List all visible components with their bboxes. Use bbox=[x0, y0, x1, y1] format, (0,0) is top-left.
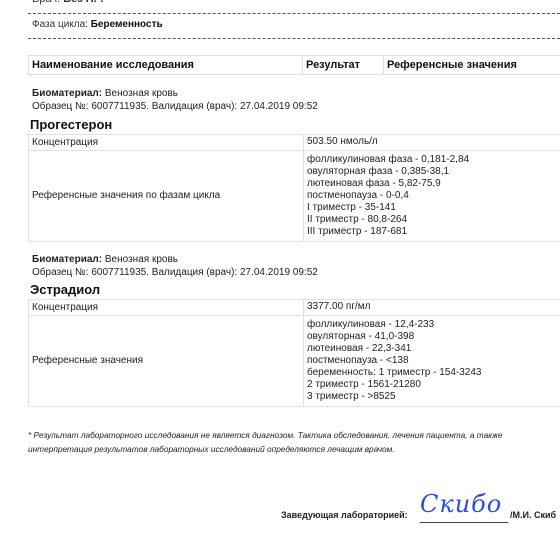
doctor-name: Без Н.-. bbox=[63, 0, 103, 5]
signature-line bbox=[420, 522, 508, 523]
table-row: Референсные значения фолликулиновая - 12… bbox=[29, 316, 560, 407]
doctor-line: Врач: Без Н.-. bbox=[32, 0, 103, 5]
biomaterial-value: Венозная кровь bbox=[105, 88, 178, 99]
reference-values: фолликулиновая - 12,4-233 овуляторная - … bbox=[304, 316, 560, 407]
reference-value: 3 триместр - >8525 bbox=[307, 391, 560, 403]
reference-value: фолликулиновая - 12,4-233 bbox=[307, 319, 560, 331]
reference-value: лютеиновая фаза - 5,82-75,9 bbox=[307, 178, 560, 190]
biomaterial-label: Биоматериал: bbox=[32, 254, 102, 265]
doctor-label: Врач: bbox=[32, 0, 60, 5]
reference-value: фолликулиновая фаза - 0,181-2,84 bbox=[307, 154, 560, 166]
sample-line: Образец №: 6007711935. Валидация (врач):… bbox=[32, 267, 318, 278]
biomaterial-value: Венозная кровь bbox=[105, 254, 178, 265]
reference-label: Референсные значения bbox=[29, 316, 304, 407]
reference-value: I триместр - 35-141 bbox=[307, 202, 560, 214]
results-table-header: Наименование исследования Результат Рефе… bbox=[28, 55, 560, 75]
reference-value: беременность: 1 триместр - 154-3243 bbox=[307, 367, 560, 379]
phase-label: Фаза цикла: bbox=[32, 19, 88, 30]
dashed-divider bbox=[28, 13, 560, 14]
biomaterial-label: Биоматериал: bbox=[32, 88, 102, 99]
table-row: Концентрация 503.50 нмоль/л bbox=[29, 135, 560, 151]
phase-value: Беременность bbox=[91, 19, 163, 30]
reference-values: фолликулиновая фаза - 0,181-2,84 овулято… bbox=[304, 151, 560, 242]
table-row: Концентрация 3377.00 пг/мл bbox=[29, 300, 560, 316]
column-header-reference: Референсные значения bbox=[384, 56, 560, 74]
column-header-result: Результат bbox=[303, 56, 384, 74]
table-row: Референсные значения по фазам цикла фолл… bbox=[29, 151, 560, 242]
head-of-lab-name: /М.И. Скиб bbox=[510, 510, 556, 520]
reference-value: II триместр - 80,8-264 bbox=[307, 214, 560, 226]
sample-info: Биоматериал: Венозная кровь Образец №: 6… bbox=[32, 87, 318, 113]
reference-value: овуляторная - 41,0-398 bbox=[307, 331, 560, 343]
test-results-table: Концентрация 503.50 нмоль/л Референсные … bbox=[28, 134, 560, 242]
reference-value: постменопауза - <138 bbox=[307, 355, 560, 367]
concentration-value: 503.50 нмоль/л bbox=[304, 135, 560, 151]
head-of-lab-label: Заведующая лабораторией: bbox=[281, 510, 408, 520]
reference-value: лютеиновая - 22,3-341 bbox=[307, 343, 560, 355]
column-header-name: Наименование исследования bbox=[29, 56, 303, 74]
sample-line: Образец №: 6007711935. Валидация (врач):… bbox=[32, 101, 318, 112]
reference-value: постменопауза - 0-0,4 bbox=[307, 190, 560, 202]
concentration-value: 3377.00 пг/мл bbox=[304, 300, 560, 316]
reference-value: овуляторная фаза - 0,385-38,1 bbox=[307, 166, 560, 178]
concentration-label: Концентрация bbox=[29, 300, 304, 316]
test-results-table: Концентрация 3377.00 пг/мл Референсные з… bbox=[28, 299, 560, 407]
disclaimer-note: * Результат лабораторного исследования н… bbox=[28, 428, 558, 456]
signature: Скибо bbox=[420, 490, 502, 518]
concentration-label: Концентрация bbox=[29, 135, 304, 151]
test-title: Прогестерон bbox=[30, 117, 112, 132]
sample-info: Биоматериал: Венозная кровь Образец №: 6… bbox=[32, 253, 318, 279]
cycle-phase-line: Фаза цикла: Беременность bbox=[32, 19, 163, 30]
reference-value: III триместр - 187-681 bbox=[307, 226, 560, 238]
reference-label: Референсные значения по фазам цикла bbox=[29, 151, 304, 242]
test-title: Эстрадиол bbox=[30, 282, 100, 297]
reference-value: 2 триместр - 1561-21280 bbox=[307, 379, 560, 391]
dashed-divider bbox=[28, 38, 560, 39]
